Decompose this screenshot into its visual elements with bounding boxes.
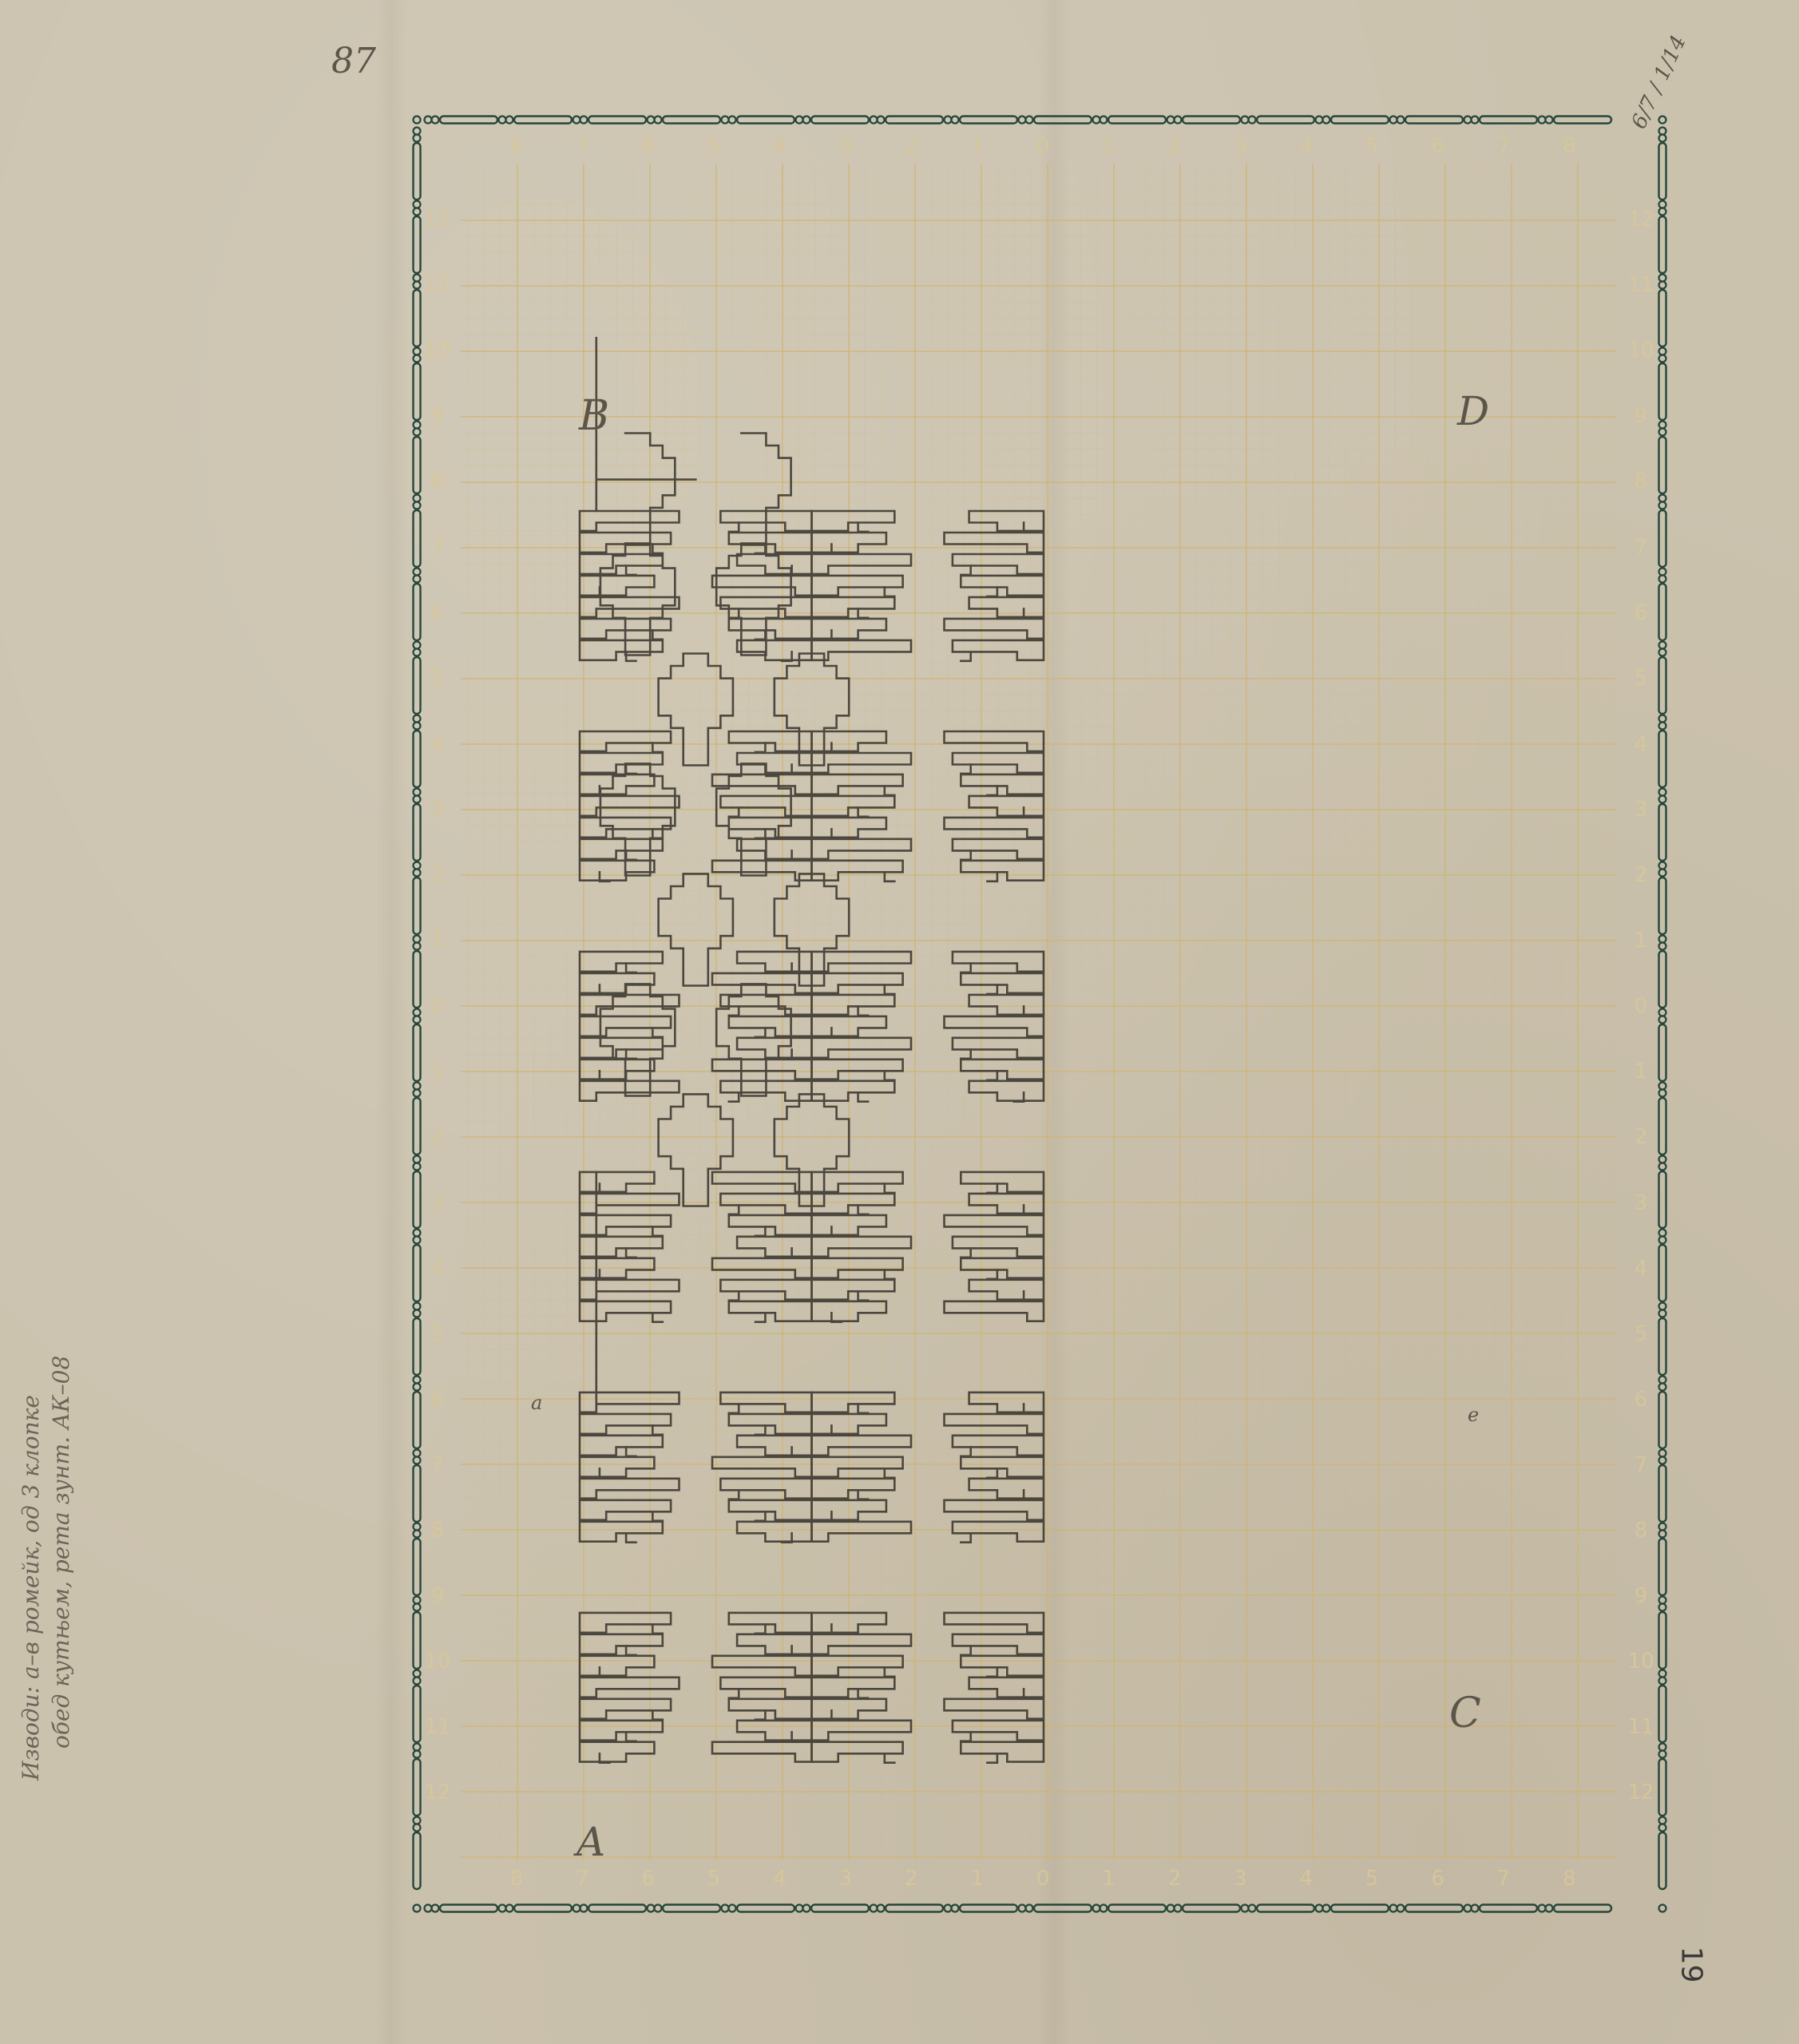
axis-label: 0 <box>431 996 445 1016</box>
axis-label: 2 <box>1635 1127 1648 1147</box>
axis-label: 7 <box>576 1868 589 1889</box>
axis-label: 8 <box>510 1868 524 1889</box>
axis-label: 7 <box>431 1455 445 1476</box>
small-letter-a: a <box>531 1393 542 1412</box>
axis-label: 8 <box>510 136 524 156</box>
axis-label: 6 <box>642 136 656 156</box>
axis-label: 0 <box>1036 136 1050 156</box>
small-letter-e: e <box>1468 1405 1479 1424</box>
axis-label: 8 <box>1563 1868 1576 1889</box>
corner-label-d: D <box>1457 391 1489 431</box>
axis-label: 8 <box>1635 1520 1648 1541</box>
axis-label: 5 <box>431 1324 445 1345</box>
axis-label: 3 <box>839 1868 853 1889</box>
meander-pattern-drawing <box>0 0 1799 2044</box>
axis-label: 3 <box>431 799 445 820</box>
axis-label: 3 <box>1635 799 1648 820</box>
axis-label: 11 <box>1627 275 1654 295</box>
axis-label: 3 <box>431 1193 445 1214</box>
axis-label: 7 <box>431 537 445 558</box>
axis-label: 8 <box>1635 471 1648 492</box>
axis-label: 2 <box>905 1868 918 1889</box>
axis-label: 10 <box>424 1651 450 1672</box>
axis-label: 12 <box>424 1782 450 1803</box>
axis-label: 12 <box>424 209 450 230</box>
axis-label: 3 <box>1635 1193 1648 1214</box>
axis-label: 6 <box>431 603 445 624</box>
axis-label: 5 <box>1635 1324 1648 1345</box>
axis-label: 9 <box>1635 406 1648 426</box>
axis-label: 0 <box>1635 996 1648 1016</box>
axis-label: 8 <box>431 1520 445 1541</box>
axis-label: 7 <box>576 136 589 156</box>
axis-label: 10 <box>1627 340 1654 361</box>
corner-label-c: C <box>1449 1693 1481 1734</box>
axis-label: 4 <box>773 136 787 156</box>
axis-label: 8 <box>1563 136 1576 156</box>
axis-label: 9 <box>431 406 445 426</box>
axis-label: 6 <box>431 1389 445 1410</box>
axis-label: 5 <box>707 136 721 156</box>
sheet-number: 87 <box>331 44 376 79</box>
axis-label: 1 <box>431 930 445 951</box>
axis-label: 10 <box>1627 1651 1654 1672</box>
axis-label: 4 <box>773 1868 787 1889</box>
axis-label: 2 <box>431 865 445 885</box>
axis-label: 2 <box>1168 1868 1182 1889</box>
axis-label: 1 <box>1635 1061 1648 1082</box>
side-note-line-1: Изводи: а–в ромейк, од 3 клопке <box>16 1356 46 1781</box>
axis-label: 1 <box>971 136 985 156</box>
axis-label: 5 <box>1635 668 1648 689</box>
axis-label: 2 <box>431 1127 445 1147</box>
axis-label: 6 <box>1635 1389 1648 1410</box>
axis-label: 12 <box>1627 209 1654 230</box>
axis-label: 3 <box>839 136 853 156</box>
axis-label: 3 <box>1234 1868 1247 1889</box>
axis-label: 9 <box>431 1586 445 1606</box>
page-number: 19 <box>1674 1947 1707 1983</box>
corner-label-a: A <box>577 1822 605 1862</box>
axis-label: 8 <box>431 471 445 492</box>
axis-label: 2 <box>1168 136 1182 156</box>
axis-label: 5 <box>1365 136 1379 156</box>
axis-label: 7 <box>1635 537 1648 558</box>
axis-label: 1 <box>431 1061 445 1082</box>
axis-label: 4 <box>1635 1258 1648 1279</box>
axis-label: 1 <box>1102 1868 1115 1889</box>
axis-label: 11 <box>1627 1717 1654 1737</box>
axis-label: 12 <box>1627 1782 1654 1803</box>
axis-label: 6 <box>1431 136 1444 156</box>
axis-label: 9 <box>1635 1586 1648 1606</box>
axis-label: 7 <box>1497 1868 1511 1889</box>
axis-label: 6 <box>642 1868 656 1889</box>
axis-label: 2 <box>905 136 918 156</box>
axis-label: 4 <box>1300 136 1314 156</box>
scanned-sheet: 87654321012345678 87654321012345678 1211… <box>0 0 1799 2044</box>
axis-label: 11 <box>424 1717 450 1737</box>
axis-label: 4 <box>1300 1868 1314 1889</box>
axis-label: 5 <box>707 1868 721 1889</box>
axis-label: 3 <box>1234 136 1247 156</box>
axis-label: 6 <box>1635 603 1648 624</box>
axis-label: 7 <box>1497 136 1511 156</box>
axis-label: 2 <box>1635 865 1648 885</box>
side-handwritten-note: Изводи: а–в ромейк, од 3 клопке обед кут… <box>16 1356 77 1781</box>
corner-label-b: B <box>579 395 609 437</box>
axis-label: 4 <box>1635 734 1648 755</box>
axis-label: 1 <box>1102 136 1115 156</box>
axis-label: 10 <box>424 340 450 361</box>
axis-label: 6 <box>1431 1868 1444 1889</box>
axis-label: 5 <box>431 668 445 689</box>
side-note-line-2: обед кутњем, рета зунт. АК–08 <box>46 1356 77 1781</box>
axis-label: 1 <box>1635 930 1648 951</box>
axis-label: 7 <box>1635 1455 1648 1476</box>
axis-label: 4 <box>431 1258 445 1279</box>
axis-label: 5 <box>1365 1868 1379 1889</box>
axis-label: 11 <box>424 275 450 295</box>
axis-label: 0 <box>1036 1868 1050 1889</box>
axis-label: 4 <box>431 734 445 755</box>
axis-label: 1 <box>971 1868 985 1889</box>
